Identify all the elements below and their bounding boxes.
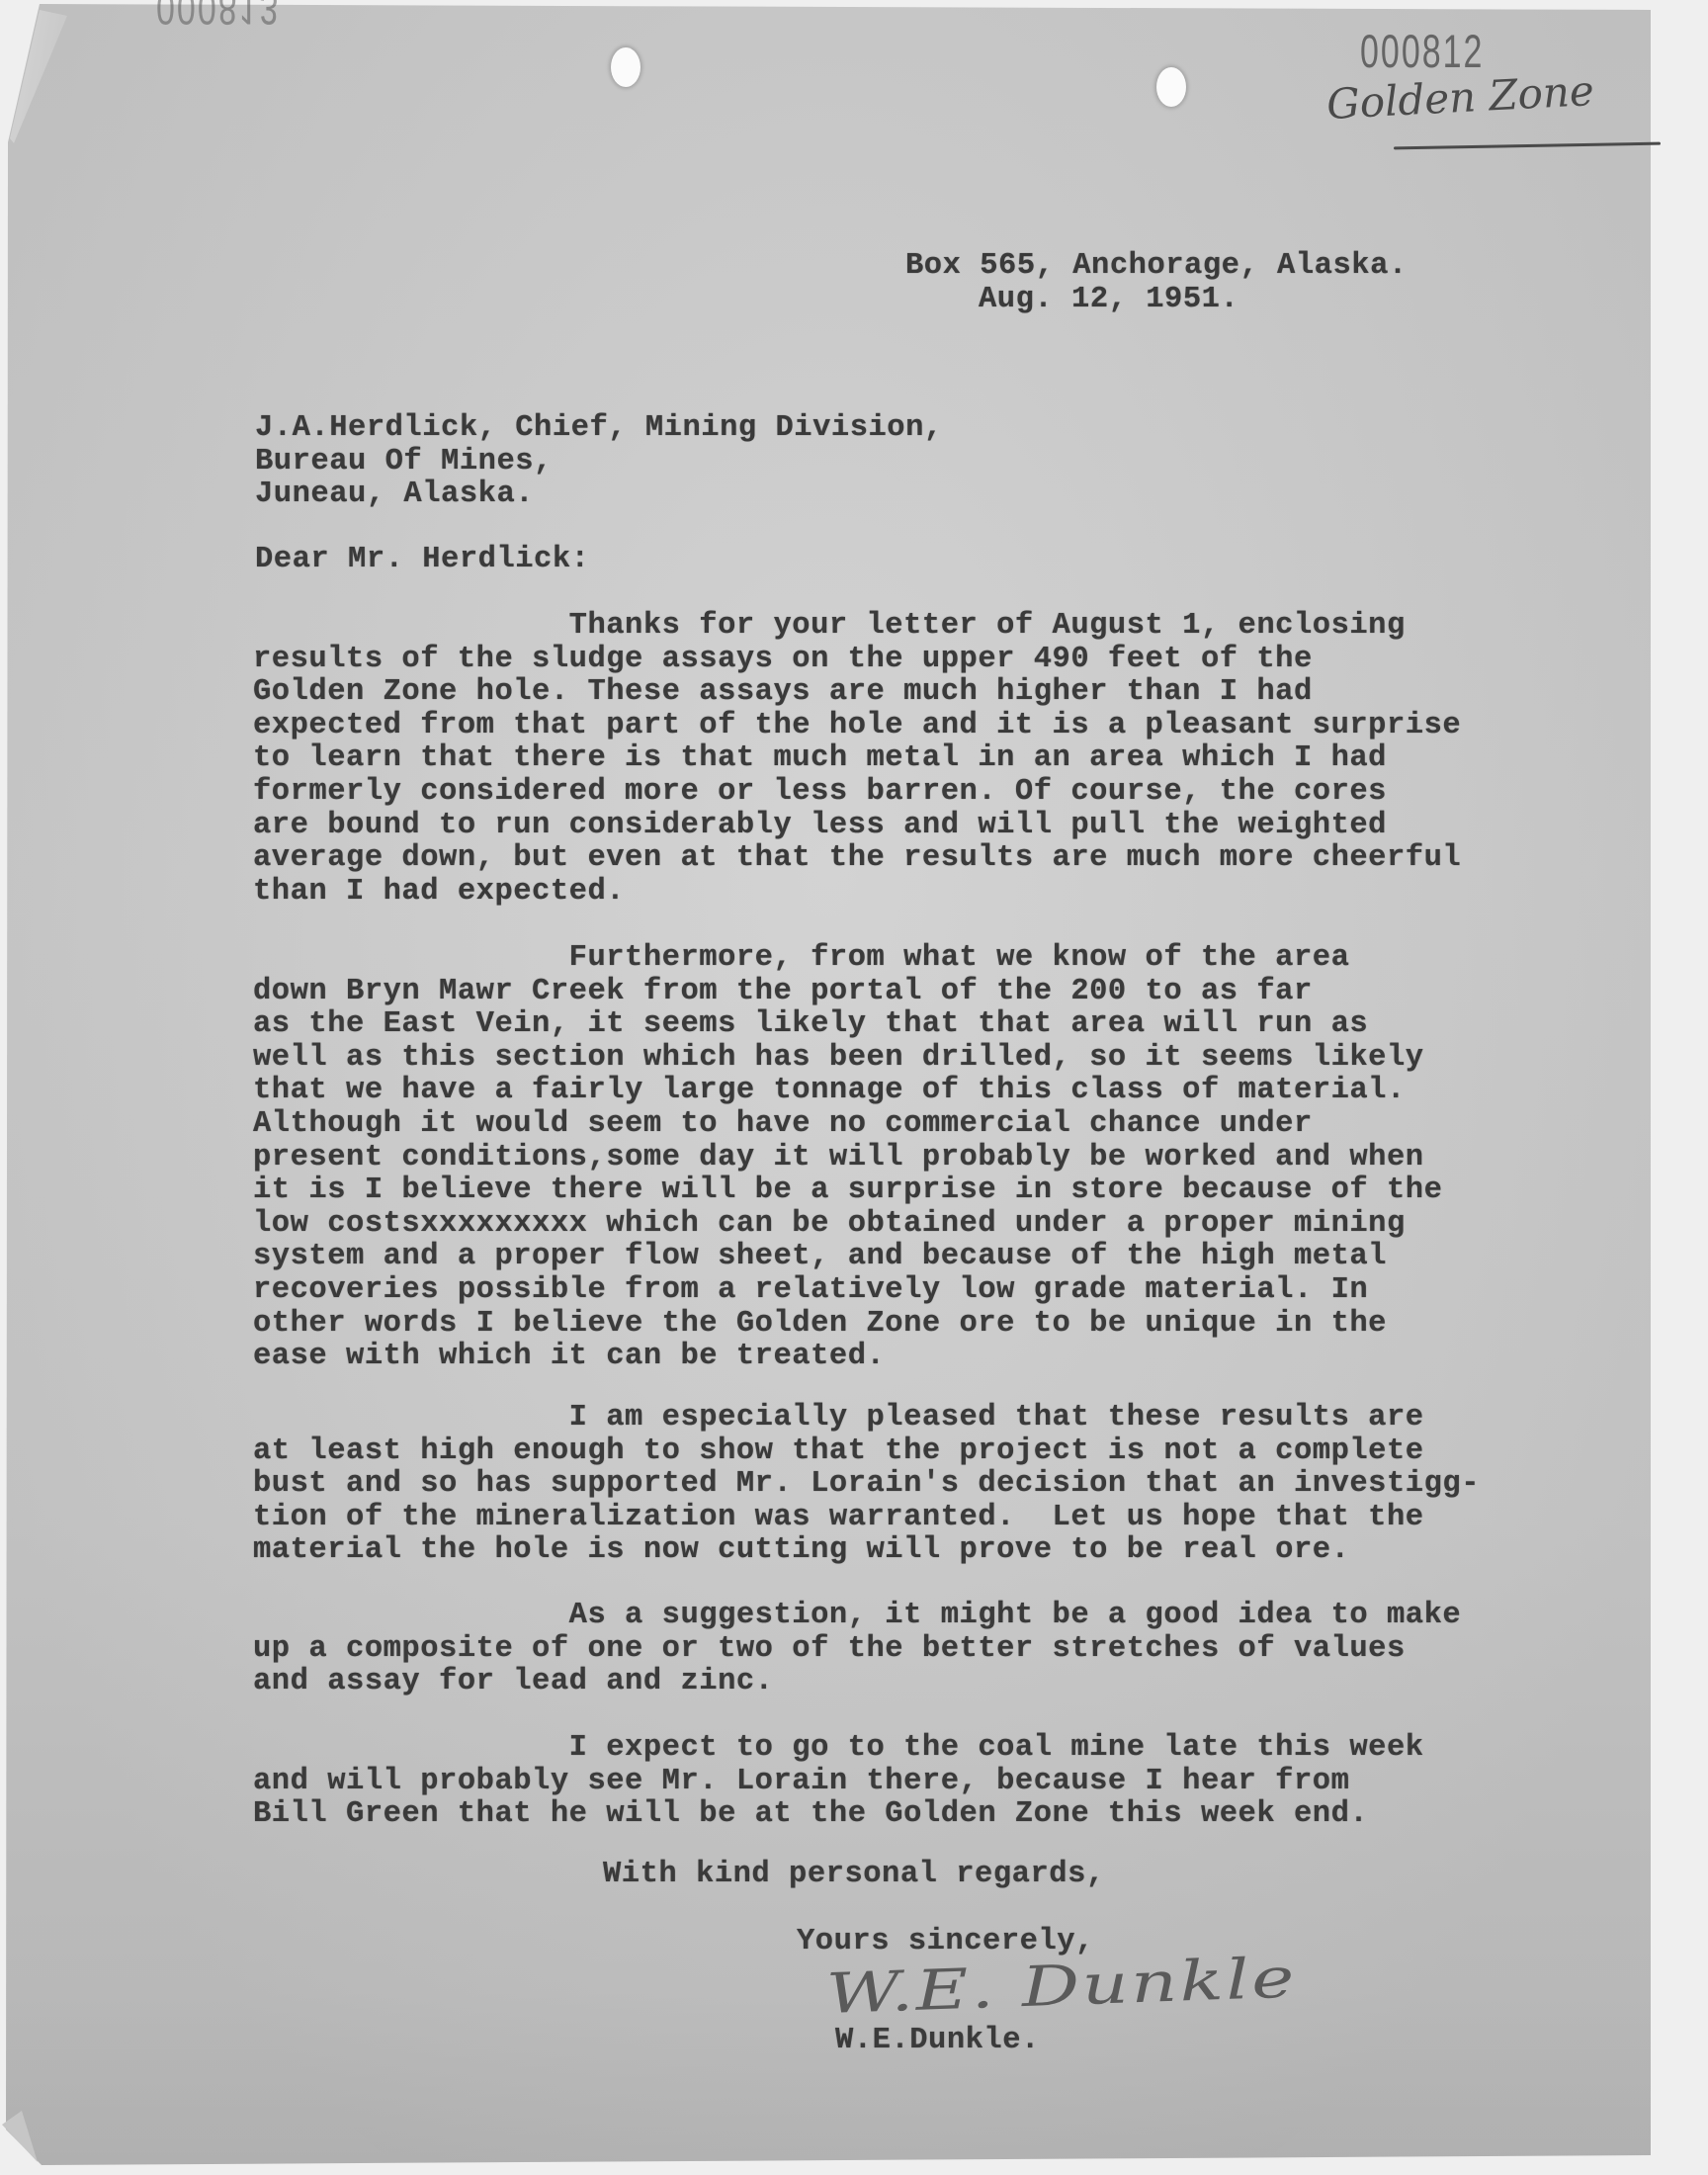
salutation: Dear Mr. Herdlick: bbox=[255, 544, 589, 577]
paragraph-line: Furthermore, from what we know of the ar… bbox=[253, 942, 1442, 976]
paragraph-line: Golden Zone hole. These assays are much … bbox=[253, 676, 1461, 710]
recipient-location: Juneau, Alaska. bbox=[255, 478, 943, 512]
paragraph-line-struck-out: low costsxxxxxxxxx which can be obtained… bbox=[253, 1208, 1442, 1242]
paragraph-line: results of the sludge assays on the uppe… bbox=[253, 644, 1461, 677]
paragraph-line: down Bryn Mawr Creek from the portal of … bbox=[253, 976, 1442, 1009]
return-address: Box 565, Anchorage, Alaska.Aug. 12, 1951… bbox=[905, 250, 1408, 316]
paragraph-line: and assay for lead and zinc. bbox=[253, 1666, 1461, 1699]
closing-regards: With kind personal regards, bbox=[603, 1859, 1105, 1892]
archive-stamp-number: 000812 bbox=[1360, 26, 1484, 80]
paragraph-line: I expect to go to the coal mine late thi… bbox=[253, 1732, 1424, 1766]
paragraph-line: Although it would seem to have no commer… bbox=[253, 1108, 1442, 1142]
paragraph-line: up a composite of one or two of the bett… bbox=[253, 1633, 1461, 1667]
paragraph-line: to learn that there is that much metal i… bbox=[253, 742, 1461, 776]
inside-address: J.A.Herdlick, Chief, Mining Division,Bur… bbox=[255, 412, 943, 512]
paragraph-line: Bill Green that he will be at the Golden… bbox=[253, 1798, 1424, 1832]
paragraph-line: average down, but even at that the resul… bbox=[253, 842, 1461, 876]
signer-name: W.E.Dunkle. bbox=[835, 2025, 1040, 2058]
paragraph-line: ease with which it can be treated. bbox=[253, 1341, 1442, 1374]
body-paragraph-3: I am especially pleased that these resul… bbox=[253, 1402, 1480, 1568]
paragraph-line: expected from that part of the hole and … bbox=[253, 710, 1461, 743]
paragraph-line: well as this section which has been dril… bbox=[253, 1042, 1442, 1076]
paragraph-line: at least high enough to show that the pr… bbox=[253, 1435, 1480, 1469]
body-paragraph-4: As a suggestion, it might be a good idea… bbox=[253, 1600, 1461, 1699]
paragraph-line: formerly considered more or less barren.… bbox=[253, 776, 1461, 810]
body-paragraph-2: Furthermore, from what we know of the ar… bbox=[253, 942, 1442, 1374]
paragraph-line: than I had expected. bbox=[253, 876, 1461, 910]
body-paragraph-5: I expect to go to the coal mine late thi… bbox=[253, 1732, 1424, 1832]
paragraph-line: tion of the mineralization was warranted… bbox=[253, 1502, 1480, 1535]
paragraph-line: it is I believe there will be a surprise… bbox=[253, 1174, 1442, 1208]
paragraph-line: other words I believe the Golden Zone or… bbox=[253, 1308, 1442, 1342]
paragraph-line: Thanks for your letter of August 1, encl… bbox=[253, 610, 1461, 644]
recipient-name-title: J.A.Herdlick, Chief, Mining Division, bbox=[255, 412, 943, 446]
punch-hole-right bbox=[1156, 67, 1186, 107]
paragraph-line: material the hole is now cutting will pr… bbox=[253, 1534, 1480, 1568]
paragraph-line: that we have a fairly large tonnage of t… bbox=[253, 1075, 1442, 1108]
return-address-line: Box 565, Anchorage, Alaska. bbox=[905, 250, 1408, 284]
archive-stamp-mirrored: 000813 bbox=[156, 0, 280, 34]
paragraph-line: as the East Vein, it seems likely that t… bbox=[253, 1008, 1442, 1042]
paragraph-line: are bound to run considerably less and w… bbox=[253, 810, 1461, 843]
scan-canvas: 000813 000812 Golden Zone Box 565, Ancho… bbox=[0, 0, 1708, 2175]
paragraph-line: bust and so has supported Mr. Lorain's d… bbox=[253, 1468, 1480, 1502]
body-paragraph-1: Thanks for your letter of August 1, encl… bbox=[253, 610, 1461, 909]
paragraph-line: I am especially pleased that these resul… bbox=[253, 1402, 1480, 1435]
paragraph-line: recoveries possible from a relatively lo… bbox=[253, 1274, 1442, 1308]
paragraph-line: system and a proper flow sheet, and beca… bbox=[253, 1241, 1442, 1274]
letter-date: Aug. 12, 1951. bbox=[905, 284, 1408, 317]
paragraph-line: and will probably see Mr. Lorain there, … bbox=[253, 1766, 1424, 1799]
recipient-organization: Bureau Of Mines, bbox=[255, 446, 943, 479]
paragraph-line: As a suggestion, it might be a good idea… bbox=[253, 1600, 1461, 1633]
punch-hole-left bbox=[611, 47, 640, 87]
paragraph-line: present conditions,some day it will prob… bbox=[253, 1142, 1442, 1175]
